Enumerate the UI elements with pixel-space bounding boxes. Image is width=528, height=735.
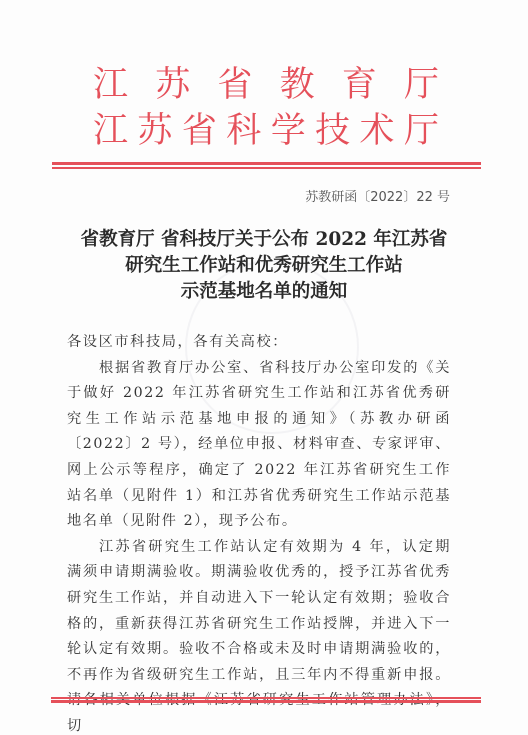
- header-divider-thick: [52, 162, 481, 165]
- issuer-char: 科: [226, 111, 261, 151]
- issuer-char: 育: [342, 65, 377, 105]
- title-line: 研究生工作站和优秀研究生工作站: [0, 253, 528, 279]
- issuer-char: 厅: [404, 65, 439, 105]
- issuer-line-education-department: 江 苏 省 教 育 厅: [93, 65, 439, 105]
- issuer-char: 江: [93, 111, 128, 151]
- issuer-char: 学: [271, 111, 306, 151]
- salutation: 各设区市科技局，各有关高校：: [67, 330, 451, 356]
- title-line: 省教育厅 省科技厅关于公布 2022 年江苏省: [0, 227, 528, 253]
- issuer-line-science-technology-department: 江 苏 省 科 学 技 术 厅: [93, 111, 439, 151]
- issuer-char: 厅: [404, 111, 439, 151]
- document-number: 苏教研函〔2022〕22 号: [305, 186, 450, 205]
- issuer-char: 教: [280, 65, 315, 105]
- issuer-char: 苏: [137, 111, 172, 151]
- document-title: 省教育厅 省科技厅关于公布 2022 年江苏省 研究生工作站和优秀研究生工作站 …: [0, 227, 528, 305]
- footer-divider-thick: [51, 700, 481, 703]
- issuer-char: 术: [360, 111, 395, 151]
- body-paragraph: 根据省教育厅办公室、省科技厅办公室印发的《关于做好 2022 年江苏省研究生工作…: [67, 356, 451, 535]
- document-page: 江 苏 省 教 育 厅 江 苏 省 科 学 技 术 厅 苏教研函〔2022〕22…: [0, 0, 528, 735]
- document-body: 各设区市科技局，各有关高校： 根据省教育厅办公室、省科技厅办公室印发的《关于做好…: [67, 330, 451, 735]
- issuer-char: 技: [315, 111, 350, 151]
- issuer-char: 省: [182, 111, 217, 151]
- body-paragraph: 江苏省研究生工作站认定有效期为 4 年，认定期满须申请期满验收。期满验收优秀的，…: [67, 535, 451, 735]
- issuer-char: 苏: [155, 65, 190, 105]
- header-divider-thin: [52, 167, 481, 169]
- issuer-char: 江: [93, 65, 128, 105]
- issuer-char: 省: [217, 65, 252, 105]
- title-line: 示范基地名单的通知: [0, 279, 528, 305]
- footer-divider-thin: [51, 697, 481, 699]
